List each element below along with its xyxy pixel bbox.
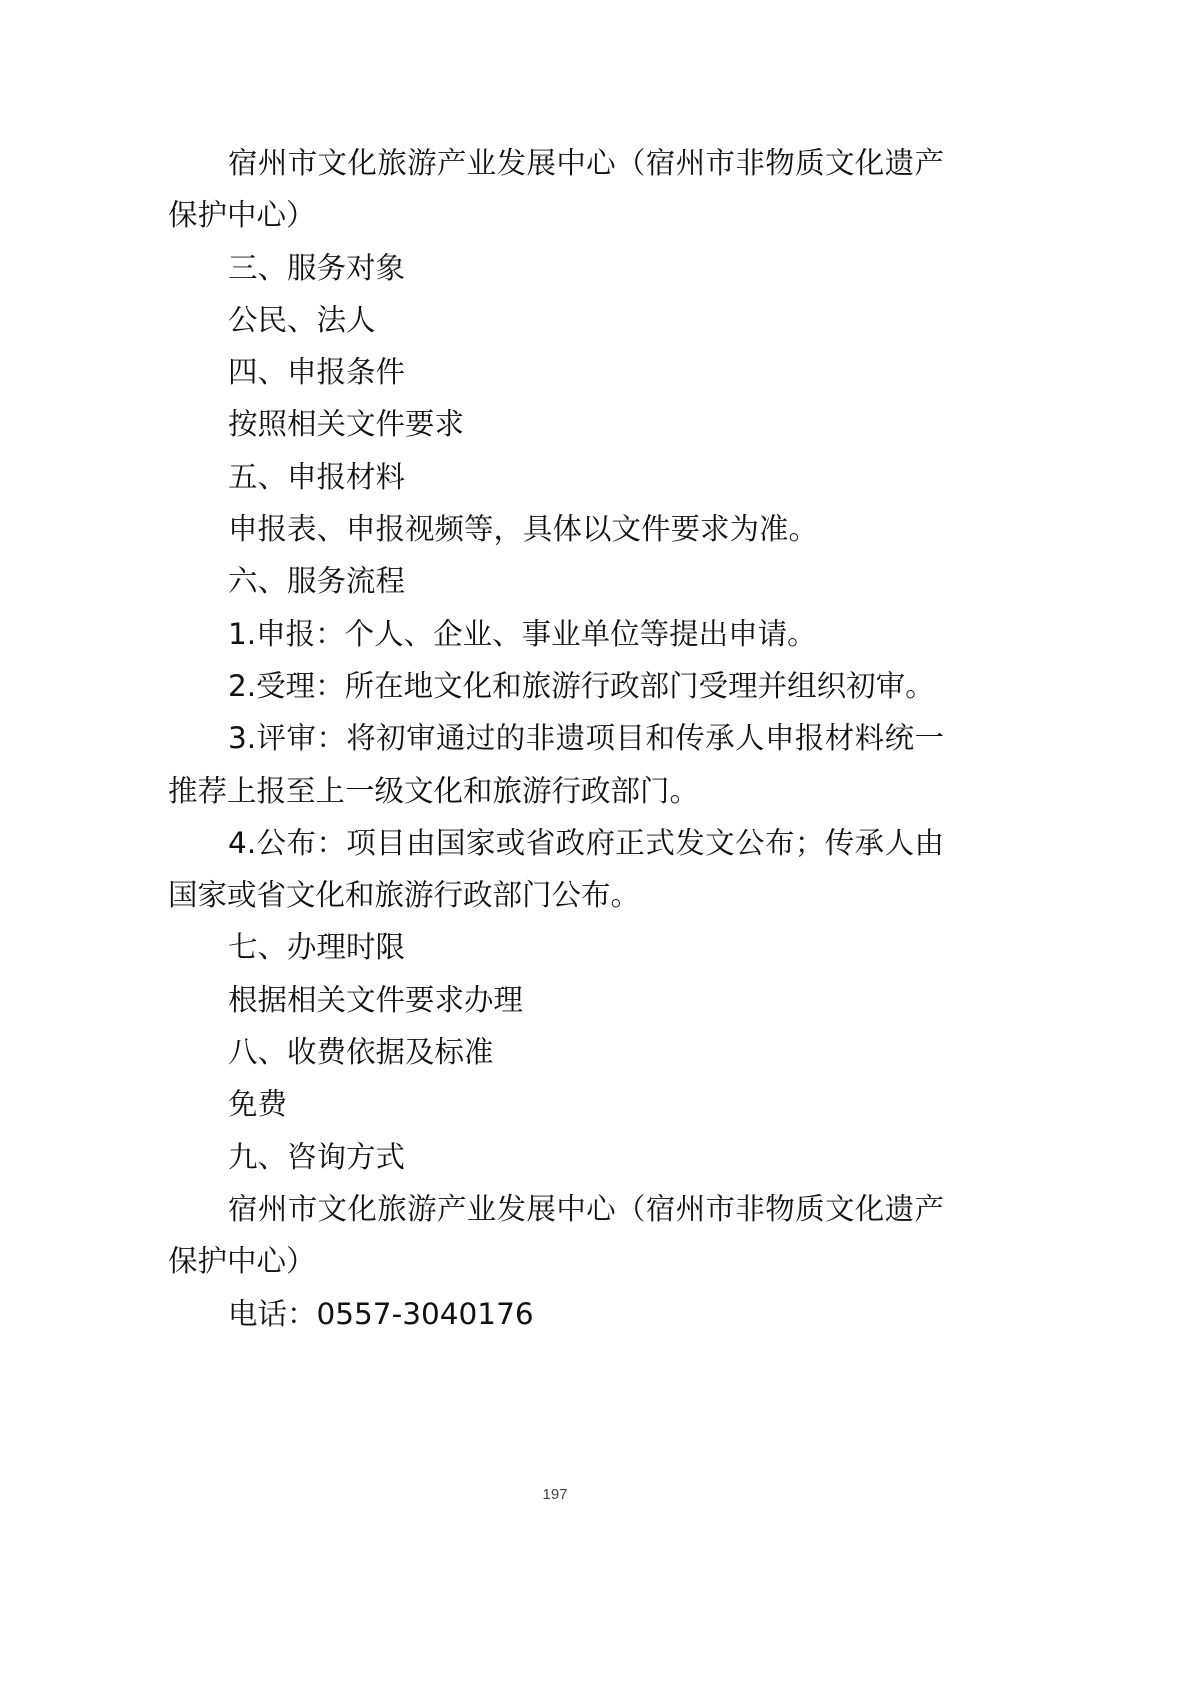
process-step-review: 3.评审：将初审通过的非遗项目和传承人申报材料统一推荐上报至上一级文化和旅游行政… [168, 712, 944, 817]
section-heading-service-target: 三、服务对象 [168, 242, 944, 294]
process-step-accept: 2.受理：所在地文化和旅游行政部门受理并组织初审。 [168, 660, 944, 712]
fees-text: 免费 [168, 1078, 944, 1130]
consultation-organization: 宿州市文化旅游产业发展中心（宿州市非物质文化遗产保护中心） [168, 1183, 944, 1288]
document-body: 宿州市文化旅游产业发展中心（宿州市非物质文化遗产保护中心） 三、服务对象 公民、… [168, 137, 944, 1340]
application-conditions-text: 按照相关文件要求 [168, 398, 944, 450]
section-heading-fees: 八、收费依据及标准 [168, 1026, 944, 1078]
section-heading-time-limit: 七、办理时限 [168, 921, 944, 973]
section-heading-service-process: 六、服务流程 [168, 555, 944, 607]
section-heading-application-materials: 五、申报材料 [168, 451, 944, 503]
organization-name: 宿州市文化旅游产业发展中心（宿州市非物质文化遗产保护中心） [168, 137, 944, 242]
section-heading-application-conditions: 四、申报条件 [168, 346, 944, 398]
process-step-publish: 4.公布：项目由国家或省政府正式发文公布；传承人由国家或省文化和旅游行政部门公布… [168, 817, 944, 922]
application-materials-text: 申报表、申报视频等，具体以文件要求为准。 [168, 503, 944, 555]
time-limit-text: 根据相关文件要求办理 [168, 974, 944, 1026]
process-step-apply: 1.申报：个人、企业、事业单位等提出申请。 [168, 608, 944, 660]
page-number: 197 [0, 1486, 1110, 1503]
service-target-text: 公民、法人 [168, 294, 944, 346]
consultation-phone: 电话：0557-3040176 [168, 1288, 944, 1340]
section-heading-consultation: 九、咨询方式 [168, 1131, 944, 1183]
